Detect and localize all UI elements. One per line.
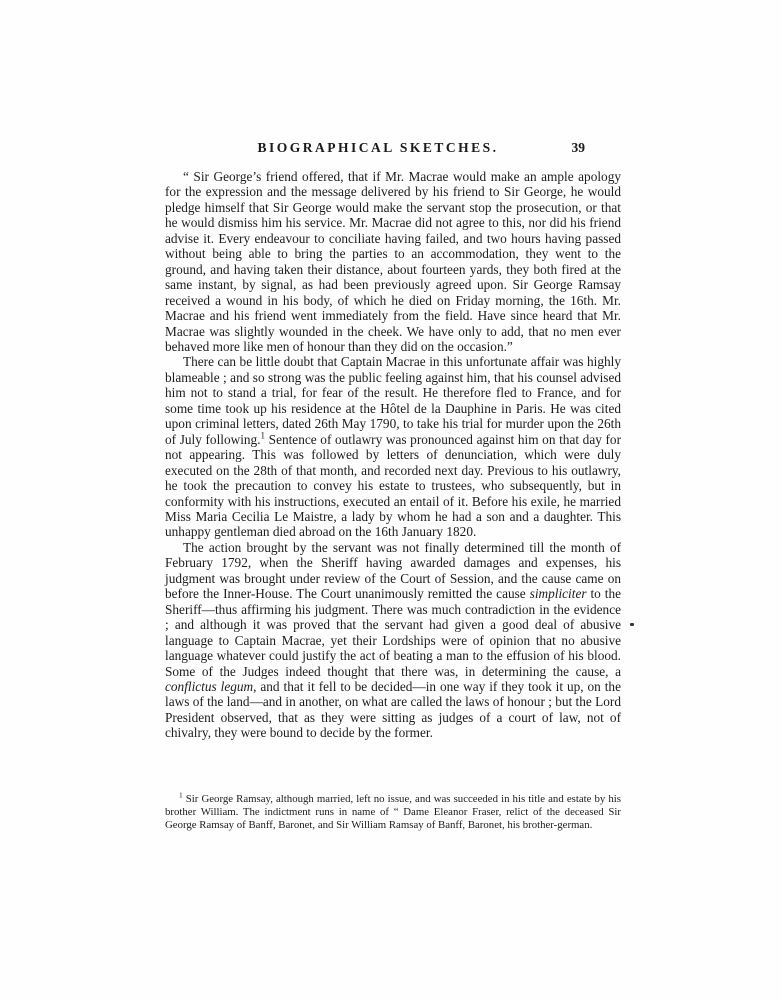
page-number: 39 [545,140,585,156]
footnote-paragraph-1: 1 Sir George Ramsay, although married, l… [165,793,621,833]
book-page: BIOGRAPHICAL SKETCHES. 39 “ Sir George’s… [0,0,782,1000]
footnote: 1 Sir George Ramsay, although married, l… [165,793,621,833]
running-header-title: BIOGRAPHICAL SKETCHES. [150,140,606,156]
paragraph-1: “ Sir George’s friend offered, that if M… [165,169,621,354]
paragraph-2: There can be little doubt that Captain M… [165,354,621,539]
body-text: “ Sir George’s friend offered, that if M… [165,169,621,741]
paragraph-3: The action brought by the servant was no… [165,540,621,741]
ink-speck [630,623,634,626]
